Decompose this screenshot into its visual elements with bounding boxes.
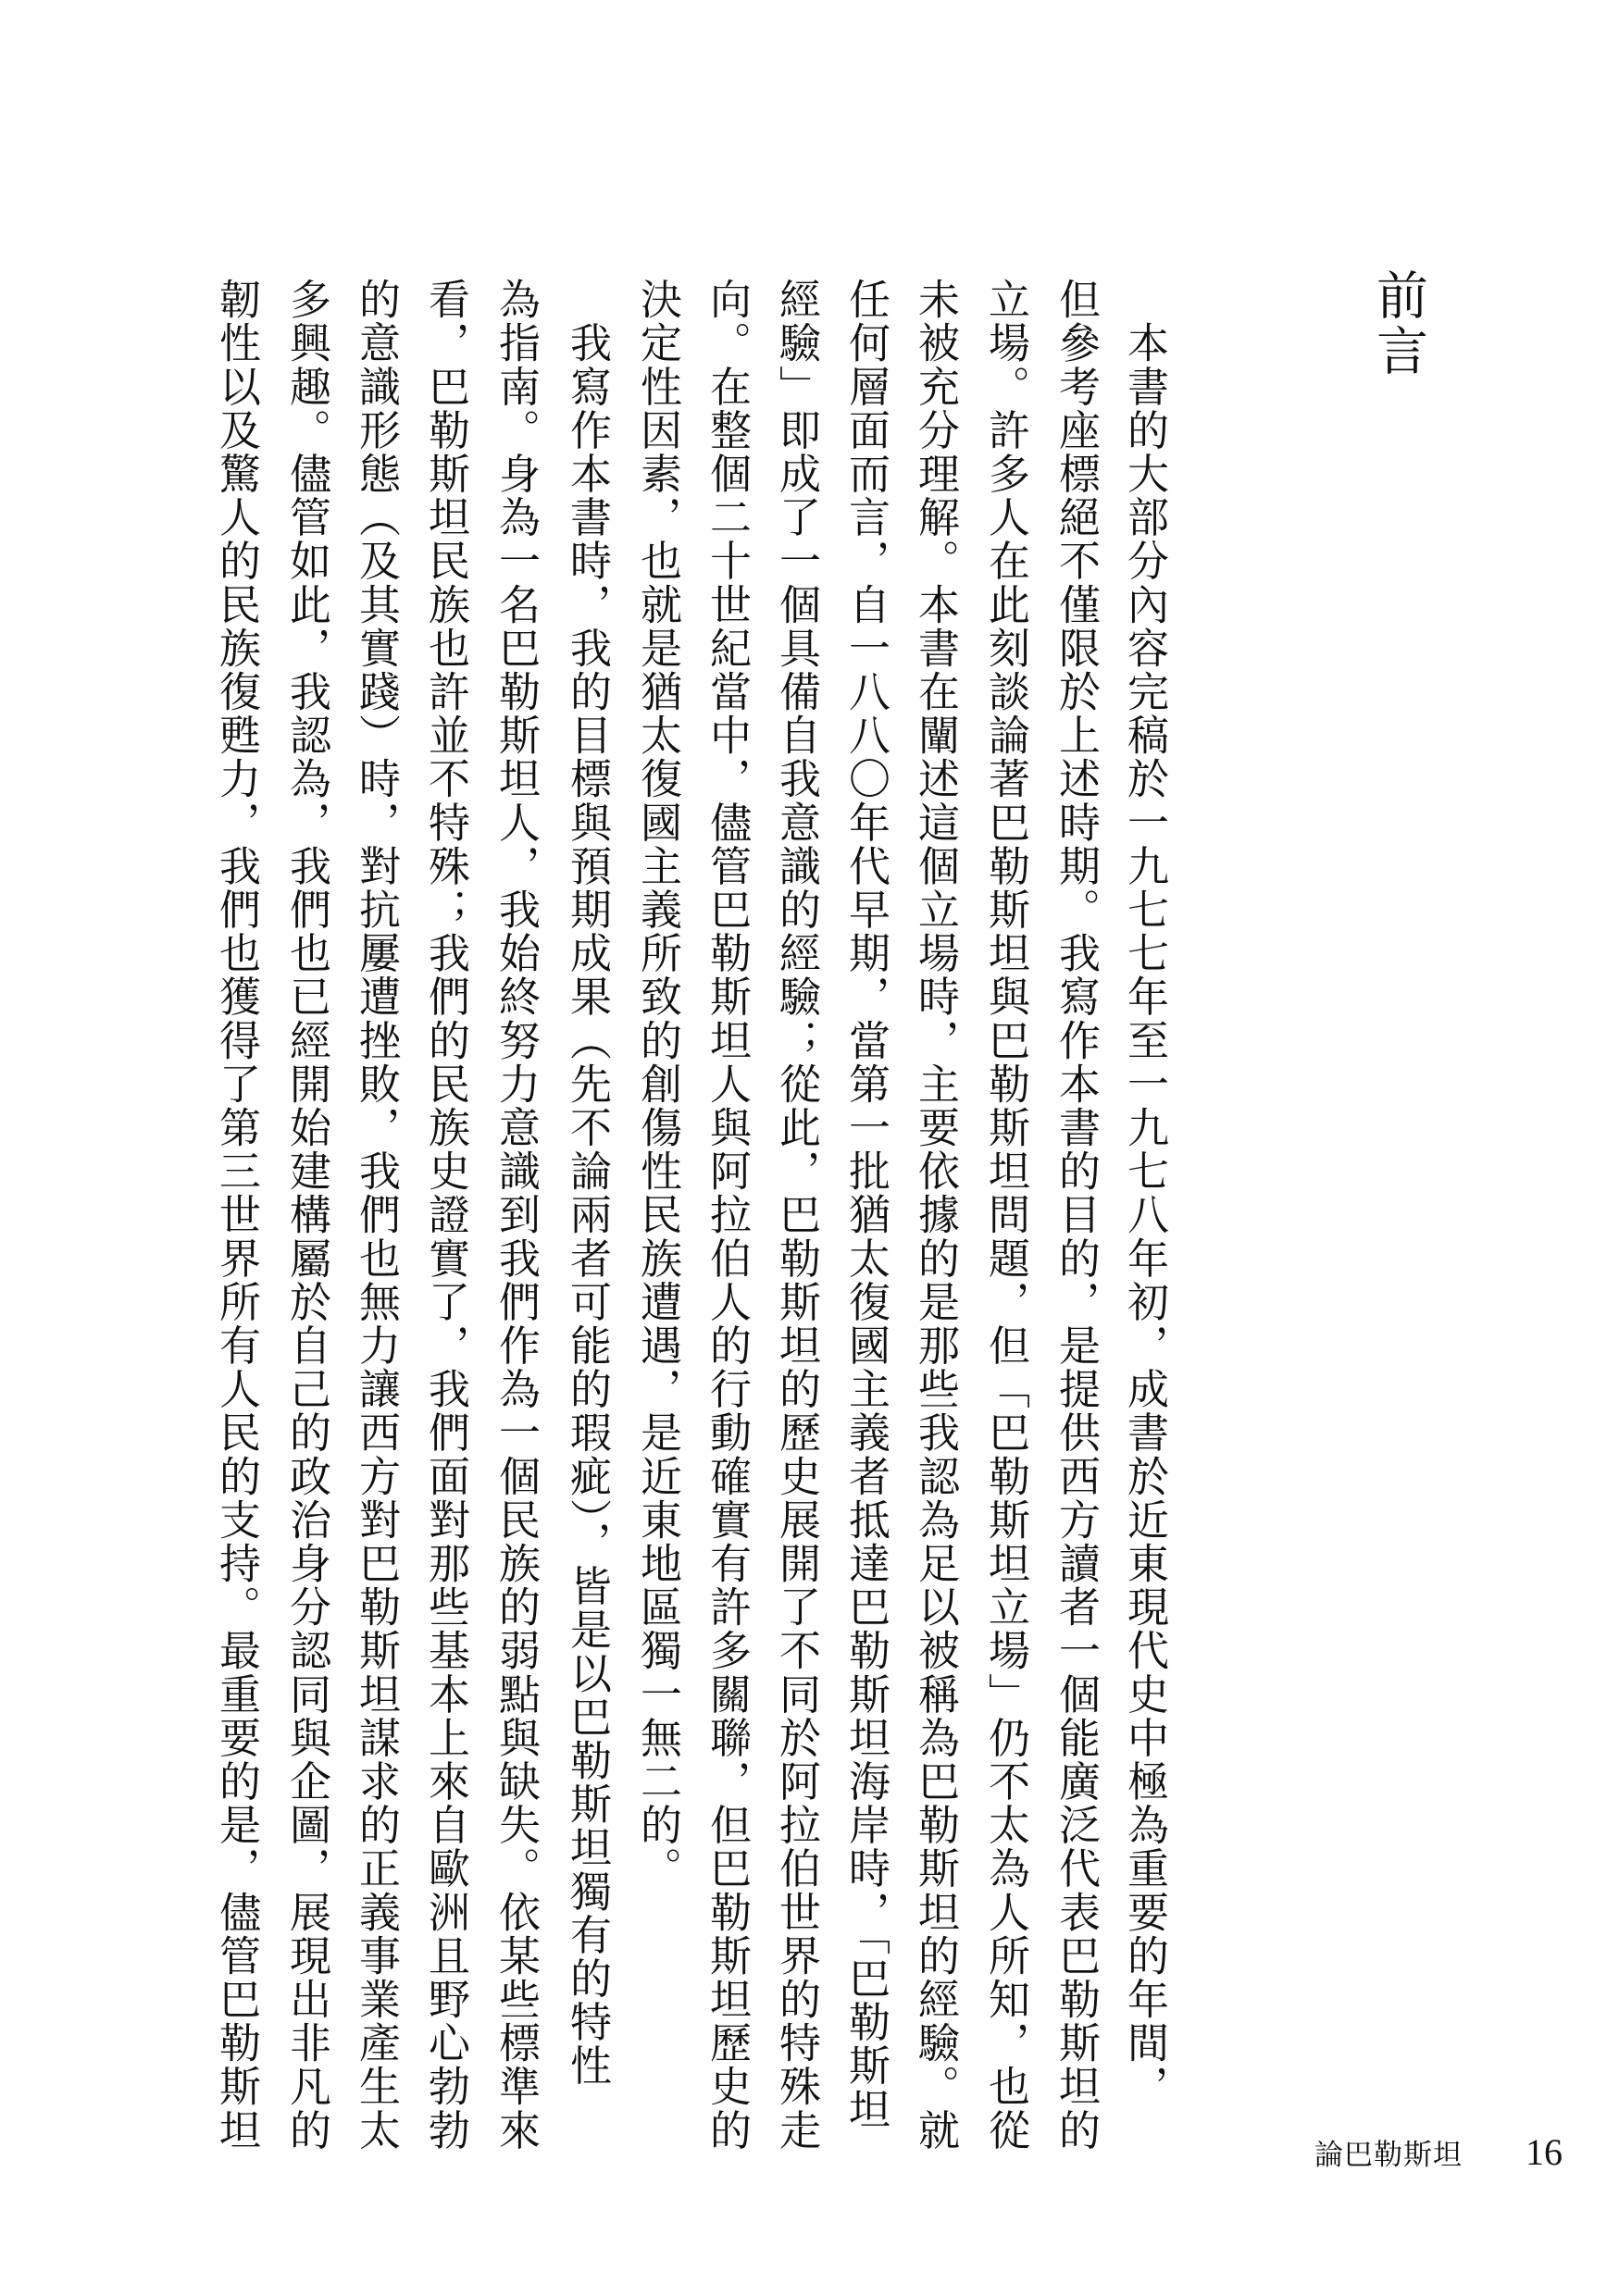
body-text: 本書的大部分內容完稿於一九七七年至一九七八年初，成書於近東現代史中極為重要的年間… <box>0 278 1619 2027</box>
page-number: 16 <box>1526 2130 1563 2174</box>
text-column-13: 多興趣。儘管如此，我認為，我們也已經開始建構屬於自己的政治身分認同與企圖，展現出… <box>279 278 334 2027</box>
text-column-4: 未被充分理解。本書在闡述這個立場時，主要依據的是那些我認為足以被稱為巴勒斯坦的經… <box>907 278 963 2027</box>
text-column-9: 我寫作本書時，我的目標與預期成果（先不論兩者可能的瑕疵），皆是以巴勒斯坦獨有的特… <box>559 278 615 2027</box>
text-column-11: 看，巴勒斯坦民族也許並不特殊；我們的民族史證實了，我們面對那些基本上來自歐洲且野… <box>417 278 473 2027</box>
text-column-14: 韌性以及驚人的民族復甦力，我們也獲得了第三世界所有人民的支持。最重要的是，儘管巴… <box>208 278 264 2027</box>
text-column-10: 為指南。身為一名巴勒斯坦人，我始終努力意識到我們作為一個民族的弱點與缺失。依某些… <box>488 278 543 2027</box>
text-column-7: 向。在整個二十世紀當中，儘管巴勒斯坦人與阿拉伯人的行動確實有許多關聯，但巴勒斯坦… <box>699 278 754 2027</box>
book-page: 前言 本書的大部分內容完稿於一九七七年至一九七八年初，成書於近東現代史中極為重要… <box>0 0 1619 2296</box>
page-footer: 論巴勒斯坦 16 <box>1314 2128 1563 2175</box>
text-column-3: 立場。許多人在此刻談論著巴勒斯坦與巴勒斯坦問題，但「巴勒斯坦立場」仍不太為人所知… <box>978 278 1033 2027</box>
text-column-8: 決定性因素，也就是猶太復國主義所致的創傷性民族遭遇，是近東地區獨一無二的。 <box>629 278 685 2027</box>
text-column-12: 的意識形態（及其實踐）時，對抗屢遭挫敗，我們也無力讓西方對巴勒斯坦謀求的正義事業… <box>348 278 404 2027</box>
text-column-1: 本書的大部分內容完稿於一九七七年至一九七八年初，成書於近東現代史中極為重要的年間… <box>1116 278 1172 2027</box>
text-column-5: 任何層面而言，自一八八〇年代早期，當第一批猶太復國主義者抵達巴勒斯坦海岸時，「巴… <box>838 278 893 2027</box>
running-book-title: 論巴勒斯坦 <box>1314 2131 1463 2173</box>
text-column-2: 但參考座標絕不僅限於上述時期。我寫作本書的目的，是提供西方讀者一個能廣泛代表巴勒… <box>1048 278 1103 2027</box>
text-column-6: 經驗」即成了一個具備自我意識的經驗；從此，巴勒斯坦的歷史展開了不同於阿拉伯世界的… <box>768 278 824 2027</box>
